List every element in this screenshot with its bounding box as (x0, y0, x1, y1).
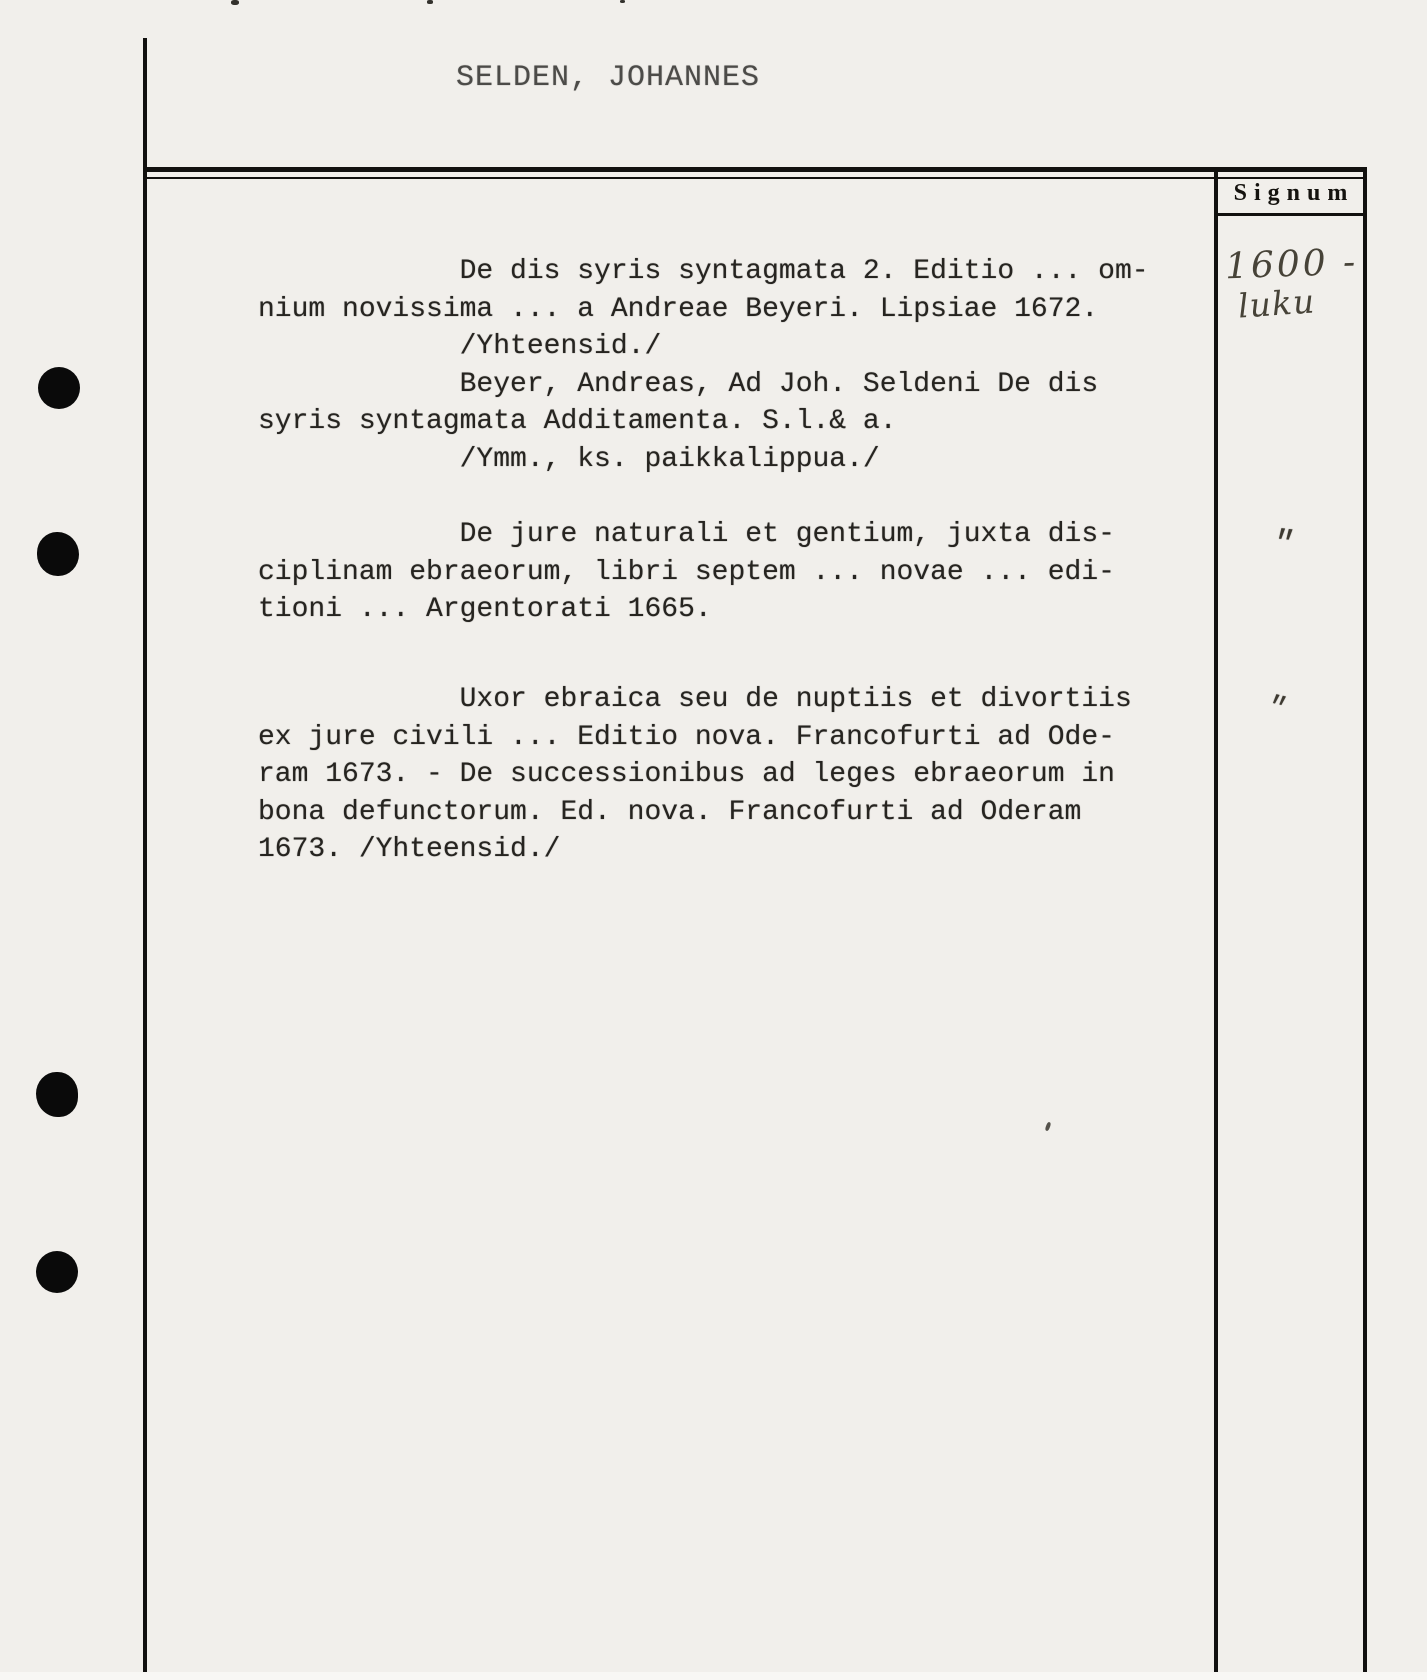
entry-uxor-ebraica: Uxor ebraica seu de nuptiis et divortiis… (258, 681, 1132, 869)
punch-hole (37, 532, 79, 576)
scan-speck (1045, 1122, 1052, 1132)
punch-hole (38, 367, 80, 409)
entry-de-jure-naturali: De jure naturali et gentium, juxta dis- … (258, 516, 1115, 629)
signum-ditto-mark: ″ (1270, 525, 1294, 565)
catalog-card-page: SELDEN, JOHANNES Signum De dis syris syn… (0, 0, 1427, 1680)
signum-ditto-mark: ″ (1262, 690, 1288, 727)
paper-bottom-edge (0, 1672, 1427, 1680)
scan-speck (231, 0, 239, 5)
header-rule-thick (143, 167, 1367, 172)
punch-hole (36, 1251, 78, 1293)
entry-de-dis-syris: De dis syris syntagmata 2. Editio ... om… (258, 253, 1149, 478)
signum-handwritten-word: luku (1237, 281, 1317, 325)
signum-handwritten-year: 1600 - (1224, 242, 1359, 288)
signum-header-bottom-border (1214, 213, 1367, 216)
scan-speck (620, 0, 625, 3)
signum-column-header: Signum (1218, 173, 1363, 213)
card-heading: SELDEN, JOHANNES (456, 62, 760, 94)
signum-column-left-border (1214, 167, 1218, 1672)
signum-column-right-border (1363, 167, 1367, 1672)
scan-speck (427, 0, 433, 4)
punch-hole (36, 1072, 78, 1117)
header-rule-thin (143, 177, 1367, 179)
left-margin-rule (143, 38, 147, 1672)
